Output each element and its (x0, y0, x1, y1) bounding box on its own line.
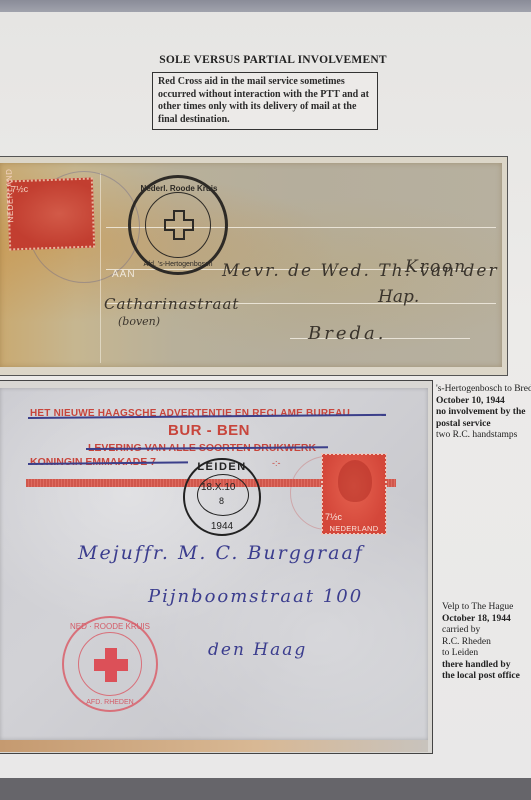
cover-2-edge (0, 740, 428, 752)
red-cross-handstamp: NED · ROODE KRUIS AFD. RHEDEN (62, 616, 158, 712)
caption-route: 's-Hertogenbosch to Breda (436, 384, 531, 396)
caption-line: R.C. Rheden (442, 637, 520, 649)
postmark-town: LEIDEN (185, 461, 259, 473)
stamp-country: NEDERLAND (324, 524, 384, 533)
caption-route: Velp to The Hague (442, 602, 520, 614)
cross-icon (164, 210, 194, 240)
red-cross-icon (94, 648, 128, 682)
handstamp-bottom-text: AFD. RHEDEN (64, 699, 156, 706)
stamp-value: 7½c (325, 512, 342, 522)
caption-line: there handled by (442, 660, 520, 672)
stamp-country: NEDERLAND (4, 168, 15, 222)
portrait-icon (338, 460, 372, 502)
caption-line: carried by (442, 625, 520, 637)
page-title: SOLE VERSUS PARTIAL INVOLVEMENT (148, 54, 398, 66)
postage-stamp: 7½c NEDERLAND (322, 454, 386, 534)
caption-line: the local post office (442, 671, 520, 683)
handstamp-top-text: NED · ROODE KRUIS (64, 622, 156, 631)
address-line: Mejuffr. M. C. Burggraaf (78, 542, 364, 564)
caption-detail: two R.C. handstamps (436, 430, 531, 442)
ornament: -:- (272, 458, 281, 468)
postmark-year: 1944 (185, 521, 259, 532)
address-line: Pijnboomstraat 100 (148, 586, 363, 607)
address-line: den Haag (208, 640, 307, 660)
address-line: Catharinastraat (104, 295, 239, 313)
description-box: Red Cross aid in the mail service someti… (152, 72, 378, 130)
cover-2-envelope (0, 388, 428, 740)
printed-header-brand: BUR - BEN (168, 422, 250, 439)
leiden-postmark: LEIDEN 18.X.10 8 1944 (183, 458, 261, 536)
cover-1-caption: 's-Hertogenbosch to Breda October 10, 19… (436, 384, 531, 442)
caption-note: no involvement by the postal service (436, 407, 531, 430)
handstamp-bottom-text: Afd. 's-Hertogenbosch (131, 261, 225, 268)
address-line: Breda. (308, 323, 386, 344)
postmark-date: 18.X.10 (201, 482, 235, 493)
address-line: Kroon (405, 257, 467, 277)
postage-stamp: 7½c NEDERLAND (7, 178, 95, 251)
caption-date: October 18, 1944 (442, 614, 520, 626)
cover-2-caption: Velp to The Hague October 18, 1944 carri… (442, 602, 520, 683)
handstamp-top-text: Nederl. Roode Kruis (135, 184, 223, 193)
background-bottom (0, 778, 531, 800)
address-line: (boven) (118, 315, 160, 328)
caption-date: October 10, 1944 (436, 396, 531, 408)
postmark-hour: 8 (219, 496, 224, 506)
red-cross-handstamp: Nederl. Roode Kruis Afd. 's-Hertogenbosc… (128, 175, 228, 275)
caption-line: to Leiden (442, 648, 520, 660)
address-line: Hap. (378, 287, 419, 307)
aan-label: AAN (112, 269, 136, 280)
cover-1-envelope: 7½c NEDERLAND Nederl. Roode Kruis Afd. '… (0, 163, 502, 367)
